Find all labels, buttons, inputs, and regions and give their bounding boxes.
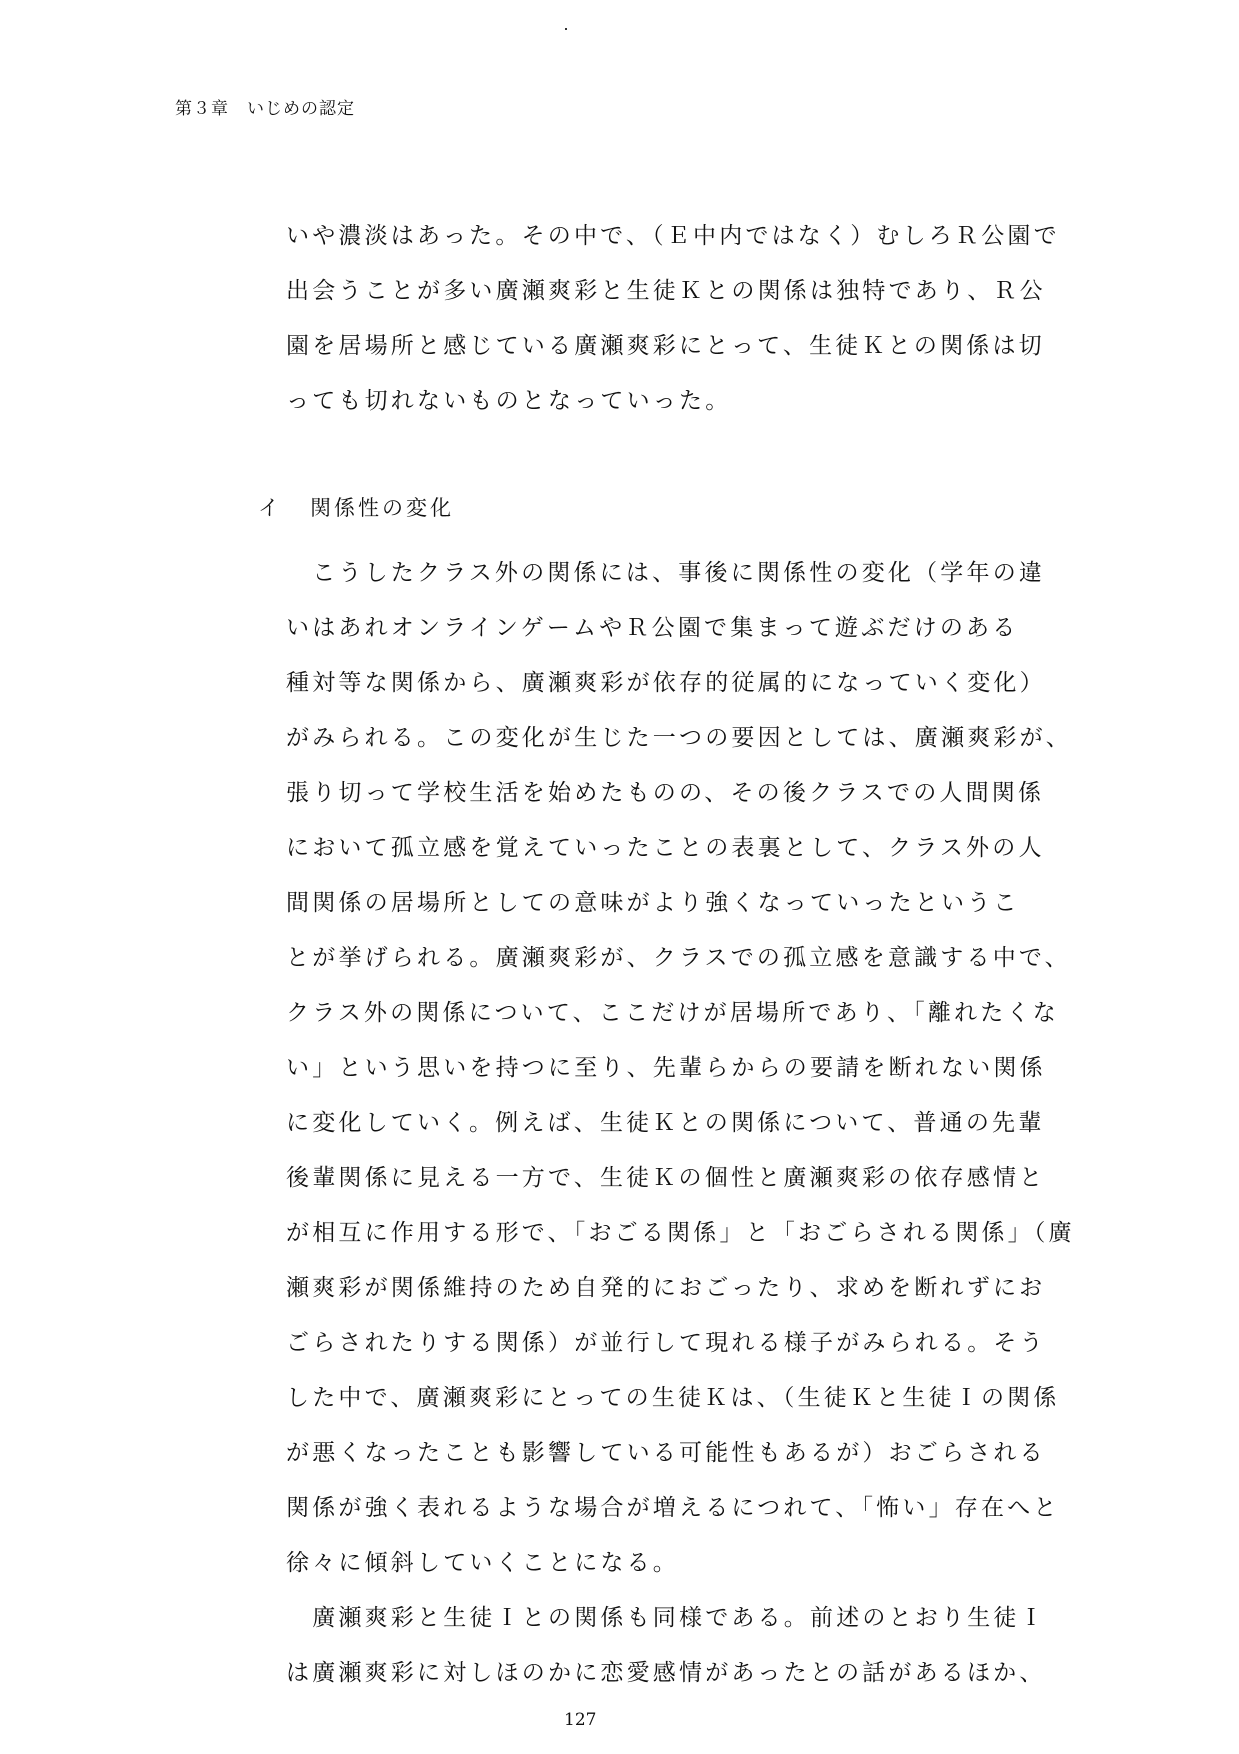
body-text-line: において孤立感を覚えていったことの表裏として、クラス外の人 [286, 833, 1056, 863]
body-text-line: 出会うことが多い廣瀬爽彩と生徒Ｋとの関係は独特であり、Ｒ公 [286, 276, 1056, 306]
body-text-line: 後輩関係に見える一方で、生徒Ｋの個性と廣瀬爽彩の依存感情と [286, 1163, 1056, 1193]
scan-speck [565, 28, 567, 30]
body-text-line: い」という思いを持つに至り、先輩らからの要請を断れない関係 [286, 1053, 1056, 1083]
body-text-line: いや濃淡はあった。その中で、（Ｅ中内ではなく）むしろＲ公園で [286, 221, 1056, 251]
body-text-line: 種対等な関係から、廣瀬爽彩が依存的従属的になっていく変化） [286, 668, 1056, 698]
body-text-line: 徐々に傾斜していくことになる。 [286, 1548, 1056, 1578]
section-marker: イ [258, 492, 310, 522]
body-text-line: が相互に作用する形で、「おごる関係」と「おごらされる関係」（廣 [286, 1218, 1056, 1248]
body-text-line: いはあれオンラインゲームやＲ公園で集まって遊ぶだけのある [286, 613, 1056, 643]
body-text-line: ごらされたりする関係）が並行して現れる様子がみられる。そう [286, 1328, 1056, 1358]
body-text-line: 廣瀬爽彩と生徒Ｉとの関係も同様である。前述のとおり生徒Ｉ [286, 1603, 1056, 1633]
body-text-line: に変化していく。例えば、生徒Ｋとの関係について、普通の先輩 [286, 1108, 1056, 1138]
body-text-line: 関係が強く表れるような場合が増えるにつれて、「怖い」存在へと [286, 1493, 1056, 1523]
page-number: 127 [564, 1710, 596, 1730]
body-text-line: 瀬爽彩が関係維持のため自発的におごったり、求めを断れずにお [286, 1273, 1056, 1303]
body-text-line: した中で、廣瀬爽彩にとっての生徒Ｋは、（生徒Ｋと生徒Ｉの関係 [286, 1383, 1056, 1413]
body-text-line: 園を居場所と感じている廣瀬爽彩にとって、生徒Ｋとの関係は切 [286, 331, 1056, 361]
body-text-line: っても切れないものとなっていった。 [286, 386, 1056, 416]
section-title: 関係性の変化 [310, 496, 454, 520]
body-text-line: は廣瀬爽彩に対しほのかに恋愛感情があったとの話があるほか、 [286, 1658, 1056, 1688]
running-header: 第３章 いじめの認定 [175, 94, 355, 119]
body-text-line: がみられる。この変化が生じた一つの要因としては、廣瀬爽彩が、 [286, 723, 1056, 753]
body-text-line: とが挙げられる。廣瀬爽彩が、クラスでの孤立感を意識する中で、 [286, 943, 1056, 973]
body-text-line: が悪くなったことも影響している可能性もあるが）おごらされる [286, 1438, 1056, 1468]
body-text-line: 張り切って学校生活を始めたものの、その後クラスでの人間関係 [286, 778, 1056, 808]
section-heading: イ関係性の変化 [258, 492, 454, 522]
body-text-line: こうしたクラス外の関係には、事後に関係性の変化（学年の違 [286, 558, 1056, 588]
body-text-line: 間関係の居場所としての意味がより強くなっていったというこ [286, 888, 1056, 918]
body-text-line: クラス外の関係について、ここだけが居場所であり、「離れたくな [286, 998, 1056, 1028]
